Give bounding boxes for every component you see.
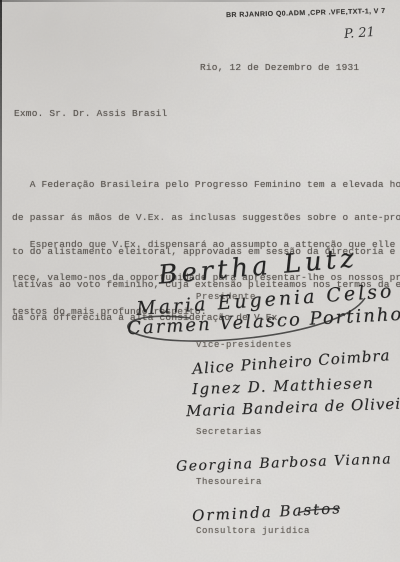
role-label-consultora-juridica: Consultora juridica (196, 526, 310, 536)
signature-georgina-barbosa-vianna: Georgina Barbosa Vianna (176, 451, 393, 475)
page-number-annotation: P. 21 (344, 25, 376, 42)
archive-reference-stamp: BR RJANRIO Q0.ADM ,CPR .VFE,TXT-1, V 7 (226, 8, 386, 19)
signature-alice-pinheiro-coimbra: Alice Pinheiro Coimbra (192, 346, 391, 378)
signature-maria-bandeira-de-oliveira: Maria Bandeira de Oliveira (186, 394, 400, 420)
scan-left-edge-artifact (0, 0, 2, 430)
role-label-vice-presidentes: Vice-presidentes (196, 340, 292, 350)
role-label-secretarias: Secretarias (196, 427, 262, 437)
signature-ignez-d-matthiesen: Ignez D. Matthiesen (192, 374, 375, 398)
role-label-thesoureira: Thesoureira (196, 477, 262, 487)
dateline: Rio, 12 de Dezembro de 1931 (200, 62, 359, 73)
scan-top-edge-artifact (0, 0, 400, 2)
recipient-line: Exmo. Sr. Dr. Assis Brasil (14, 108, 167, 119)
signature-orminda-bastos: Orminda Bastos (192, 499, 343, 525)
paragraph-line: A Federação Brasileira pelo Progresso Fe… (12, 179, 400, 190)
scanned-letter-page: BR RJANRIO Q0.ADM ,CPR .VFE,TXT-1, V 7 P… (0, 0, 400, 562)
